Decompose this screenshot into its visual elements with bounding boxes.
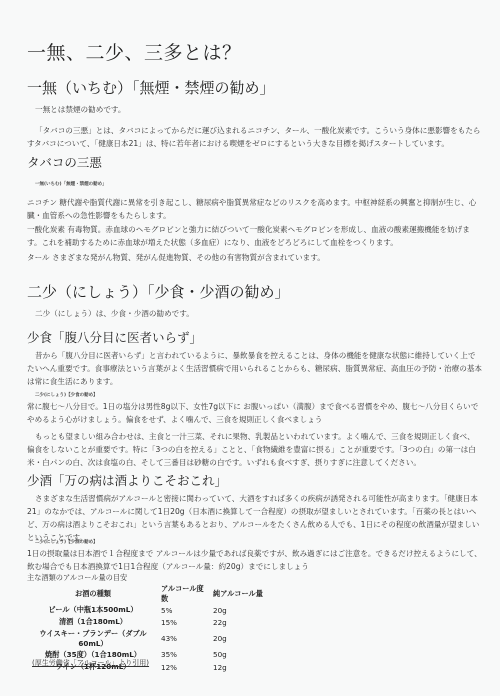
header-abv: アルコール度数 — [159, 584, 211, 604]
table-row: ビール（中瓶1本500mL） 5% 20g — [27, 604, 265, 616]
evil-item-carbon-monoxide: 一酸化炭素 有毒物質。赤血球のヘモグロビンと強力に結びついて一酸化炭素ヘモグロビ… — [27, 223, 482, 249]
evil-text: 糖代謝や脂質代謝に異常を引き起こし、糖尿病や脂質異常症などのリスクを高めます。中… — [27, 198, 476, 220]
table-header-row: お酒の種類 アルコール度数 純アルコール量 — [27, 584, 265, 604]
drink-abv: 35% — [159, 649, 211, 661]
nisho-intro: 二少（にしょう）は、少食・少酒の勧めです。 — [35, 307, 490, 320]
drink-pure-alcohol: 20g — [211, 629, 265, 649]
drink-name: ビール（中瓶1本500mL） — [27, 604, 159, 616]
drink-abv: 5% — [159, 604, 211, 616]
shoshoku-caption: 二少(にしょう)【少食の勧め】 — [35, 392, 98, 398]
ichimu-intro: 一無とは禁煙の勧めです。 — [35, 103, 490, 116]
drink-abv: 12% — [159, 661, 211, 673]
subheading-shoshu: 少酒「万の病は酒よりこそおこれ」 — [27, 471, 227, 489]
source-link[interactable]: (厚生労働省「アルコール」より引用) — [32, 658, 149, 668]
drink-pure-alcohol: 50g — [211, 649, 265, 661]
evil-text: 有毒物質。赤血球のヘモグロビンと強力に結びついて一酸化炭素ヘモグロビンを形成し、… — [27, 225, 470, 247]
drink-abv: 15% — [159, 616, 211, 628]
shoshoku-rule: 常に腹七～八分目で。1日の塩分は男性8g以下、女性7g以下に お腹いっぱい（満腹… — [27, 400, 482, 426]
ichimu-caption: 一無(いちむ)「無煙・禁煙の勧め」 — [35, 181, 107, 187]
alcohol-table-title: 主な酒類のアルコール量の目安 — [27, 573, 127, 583]
drink-pure-alcohol: 20g — [211, 604, 265, 616]
evil-term: 一酸化炭素 — [27, 225, 65, 234]
shoshoku-paragraph-2: もっとも望ましい組み合わせは、主食と一汁三菜、それに果物、乳製品といわれています… — [27, 430, 482, 469]
evil-item-nicotine: ニコチン 糖代謝や脂質代謝に異常を引き起こし、糖尿病や脂質異常症などのリスクを高… — [27, 196, 482, 222]
page-title: 一無、二少、三多とは？ — [27, 38, 242, 65]
shoshu-caption: 二少(にしょう)【少酒の勧め】 — [35, 539, 98, 545]
subheading-shoshoku: 少食「腹八分目に医者いらず」 — [27, 328, 202, 346]
header-pure-alcohol: 純アルコール量 — [211, 584, 265, 604]
section-heading-nisho: 二少（にしょう）「少食・少酒の勧め」 — [27, 281, 290, 302]
drink-pure-alcohol: 22g — [211, 616, 265, 628]
drink-abv: 43% — [159, 629, 211, 649]
ichimu-paragraph: 「タバコの三悪」とは、タバコによってからだに運び込まれるニコチン、タール、一酸化… — [27, 124, 482, 150]
evil-term: ニコチン — [27, 198, 57, 207]
drink-pure-alcohol: 12g — [211, 661, 265, 673]
header-drink-type: お酒の種類 — [27, 584, 159, 604]
drink-name: ウイスキー・ブランデー（ダブル60mL） — [27, 629, 159, 649]
shoshu-paragraph: さまざまな生活習慣病がアルコールと密接に関わっていて、大酒をすれば多くの疾病が誘… — [27, 492, 482, 544]
table-row: 清酒（1合180mL） 15% 22g — [27, 616, 265, 628]
evil-text: さまざまな発がん物質、発がん促進物質、その他の有害物質が含まれています。 — [52, 253, 325, 262]
evil-item-tar: タール さまざまな発がん物質、発がん促進物質、その他の有害物質が含まれています。 — [27, 251, 482, 264]
section-heading-ichimu: 一無（いちむ）「無煙・禁煙の勧め」 — [27, 77, 275, 98]
drink-name: 清酒（1合180mL） — [27, 616, 159, 628]
evil-term: タール — [27, 253, 50, 262]
shoshu-rule: 1日の摂取量は日本酒で１合程度まで アルコールは少量であれば良薬ですが、飲み過ぎ… — [27, 547, 482, 573]
table-row: ウイスキー・ブランデー（ダブル60mL） 43% 20g — [27, 629, 265, 649]
shoshoku-paragraph: 昔から「腹八分目に医者いらず」と言われているように、暴飲暴食を控えることは、身体… — [27, 349, 482, 388]
subheading-tobacco-three-evils: タバコの三悪 — [27, 153, 102, 171]
